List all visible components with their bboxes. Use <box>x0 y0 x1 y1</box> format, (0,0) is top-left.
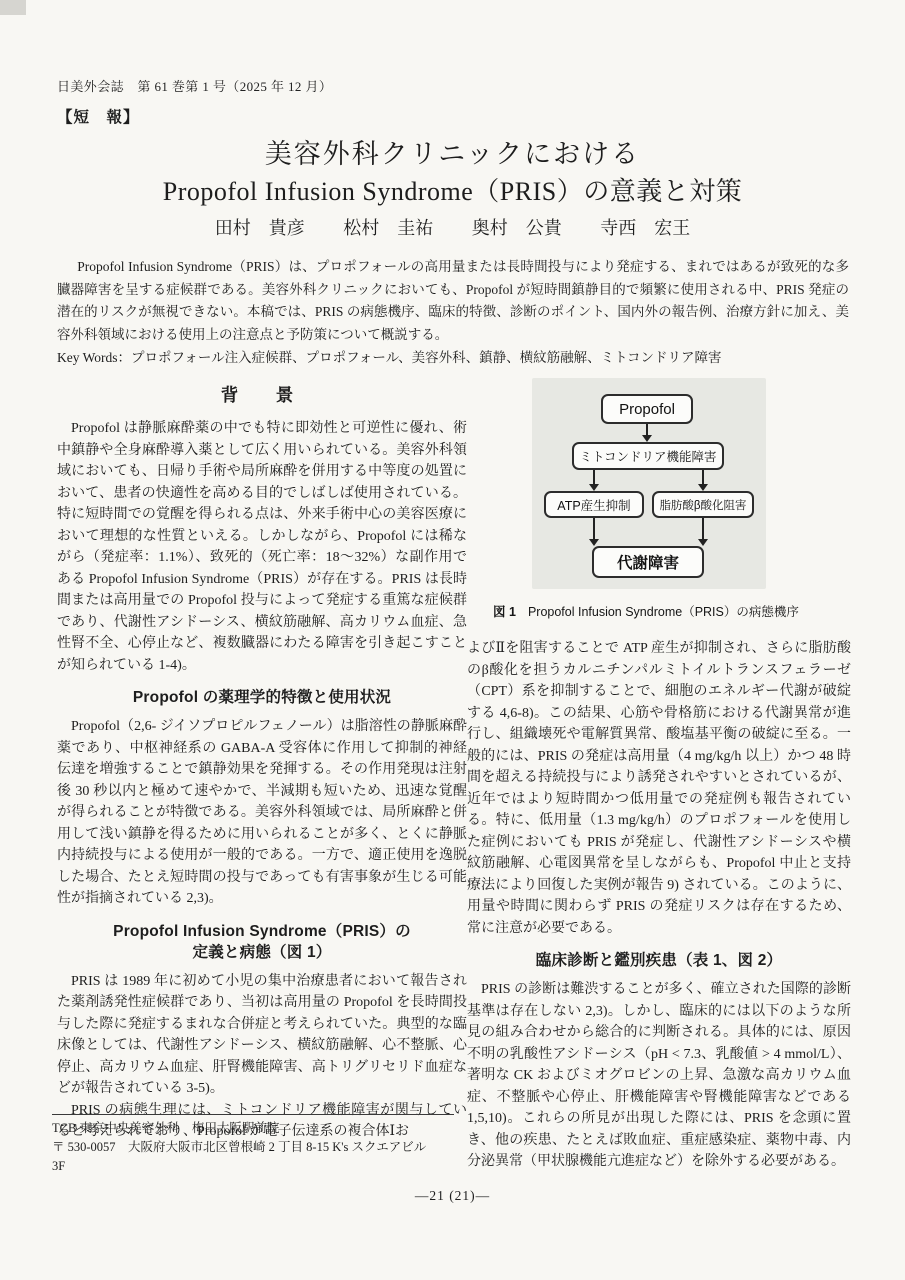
journal-header: 日美外会誌 第 61 巻第 1 号（2025 年 12 月） <box>57 76 332 95</box>
title-block: 美容外科クリニックにおける Propofol Infusion Syndrome… <box>0 136 905 210</box>
keywords-text: プロポフォール注入症候群、プロポフォール、美容外科、鎮静、横紋筋融解、ミトコンド… <box>131 350 722 365</box>
page-number: —21 (21)— <box>0 1188 905 1204</box>
article-title-line1: 美容外科クリニックにおける <box>0 136 905 173</box>
scan-corner-mark <box>0 0 26 15</box>
flow-node-propofol: Propofol <box>601 394 693 424</box>
paragraph-definition-1: PRIS は 1989 年に初めて小児の集中治療患者において報告された薬剤誘発性… <box>57 971 467 1100</box>
author-name: 松村 圭祐 <box>343 218 433 238</box>
paragraph-background: Propofol は静脈麻酔薬の中でも特に即効性と可逆性に優れ、術中鎮静や全身麻… <box>57 418 467 676</box>
author-name: 奥村 公貴 <box>472 218 562 238</box>
section-heading-pharmacology: Propofol の薬理学的特徴と使用状況 <box>57 687 467 708</box>
author-name: 寺西 宏王 <box>600 218 690 238</box>
section-heading-background: 背 景 <box>57 382 467 408</box>
affiliation-footnote: TCB 東京中央美容外科 梅田大阪駅前院 〒 530-0057 大阪府大阪市北区… <box>52 1114 466 1176</box>
flow-arrow-down-icon <box>702 518 704 539</box>
flow-arrow-down-icon <box>593 470 595 484</box>
footnote-address-line1: 〒 530-0057 大阪府大阪市北区曾根崎 2 丁目 8-15 K's スクエ… <box>52 1138 466 1157</box>
section-heading-definition-line1: Propofol Infusion Syndrome（PRIS）の <box>57 921 467 942</box>
flow-arrow-down-icon <box>702 470 704 484</box>
figure1-flow-diagram: Propofol ミトコンドリア機能障害 ATP産生抑制 脂肪酸β酸化阻害 代謝… <box>532 378 766 589</box>
flow-node-atp-suppression: ATP産生抑制 <box>544 491 644 518</box>
author-list: 田村 貴彦 松村 圭祐 奥村 公貴 寺西 宏王 <box>0 214 905 240</box>
flow-arrow-down-icon <box>593 518 595 539</box>
figure1-caption-text: Propofol Infusion Syndrome（PRIS）の病態機序 <box>528 605 799 619</box>
abstract-block: Propofol Infusion Syndrome（PRIS）は、プロポフォー… <box>57 256 849 370</box>
flow-node-metabolic-disorder: 代謝障害 <box>592 546 704 578</box>
paragraph-pathophysiology-continued: よびⅡを阻害することで ATP 産生が抑制され、さらに脂肪酸のβ酸化を担うカルニ… <box>467 638 851 939</box>
section-heading-definition-line2: 定義と病態（図 1） <box>57 942 467 963</box>
figure1-caption: 図 1Propofol Infusion Syndrome（PRIS）の病態機序 <box>493 604 865 621</box>
keywords-line: Key Words：プロポフォール注入症候群、プロポフォール、美容外科、鎮静、横… <box>57 347 849 370</box>
keywords-label: Key Words： <box>57 350 131 365</box>
author-name: 田村 貴彦 <box>215 218 305 238</box>
flow-node-mitochondrial-dysfunction: ミトコンドリア機能障害 <box>572 442 724 470</box>
article-title-line2: Propofol Infusion Syndrome（PRIS）の意義と対策 <box>0 173 905 210</box>
paragraph-diagnosis: PRIS の診断は難渋することが多く、確立された国際的診断基準は存在しない 2,… <box>467 979 851 1173</box>
footnote-affiliation: TCB 東京中央美容外科 梅田大阪駅前院 <box>52 1119 466 1138</box>
flow-arrow-down-icon <box>646 424 648 435</box>
right-column: よびⅡを阻害することで ATP 産生が抑制され、さらに脂肪酸のβ酸化を担うカルニ… <box>467 638 851 1173</box>
left-column: 背 景 Propofol は静脈麻酔薬の中でも特に即効性と可逆性に優れ、術中鎮静… <box>57 378 467 1143</box>
paragraph-pharmacology: Propofol（2,6- ジイソプロピルフェノール）は脂溶性の静脈麻酔薬であり… <box>57 716 467 910</box>
article-type-label: 【短 報】 <box>57 105 140 127</box>
abstract-text: Propofol Infusion Syndrome（PRIS）は、プロポフォー… <box>57 256 849 346</box>
section-heading-diagnosis: 臨床診断と鑑別疾患（表 1、図 2） <box>467 950 851 971</box>
footnote-divider <box>52 1114 454 1115</box>
flow-node-beta-oxidation-block: 脂肪酸β酸化阻害 <box>652 491 754 518</box>
paper-page: 日美外会誌 第 61 巻第 1 号（2025 年 12 月） 【短 報】 美容外… <box>0 0 905 1280</box>
section-heading-definition: Propofol Infusion Syndrome（PRIS）の 定義と病態（… <box>57 921 467 963</box>
figure1-caption-label: 図 1 <box>493 605 516 619</box>
footnote-address-line2: 3F <box>52 1157 466 1176</box>
